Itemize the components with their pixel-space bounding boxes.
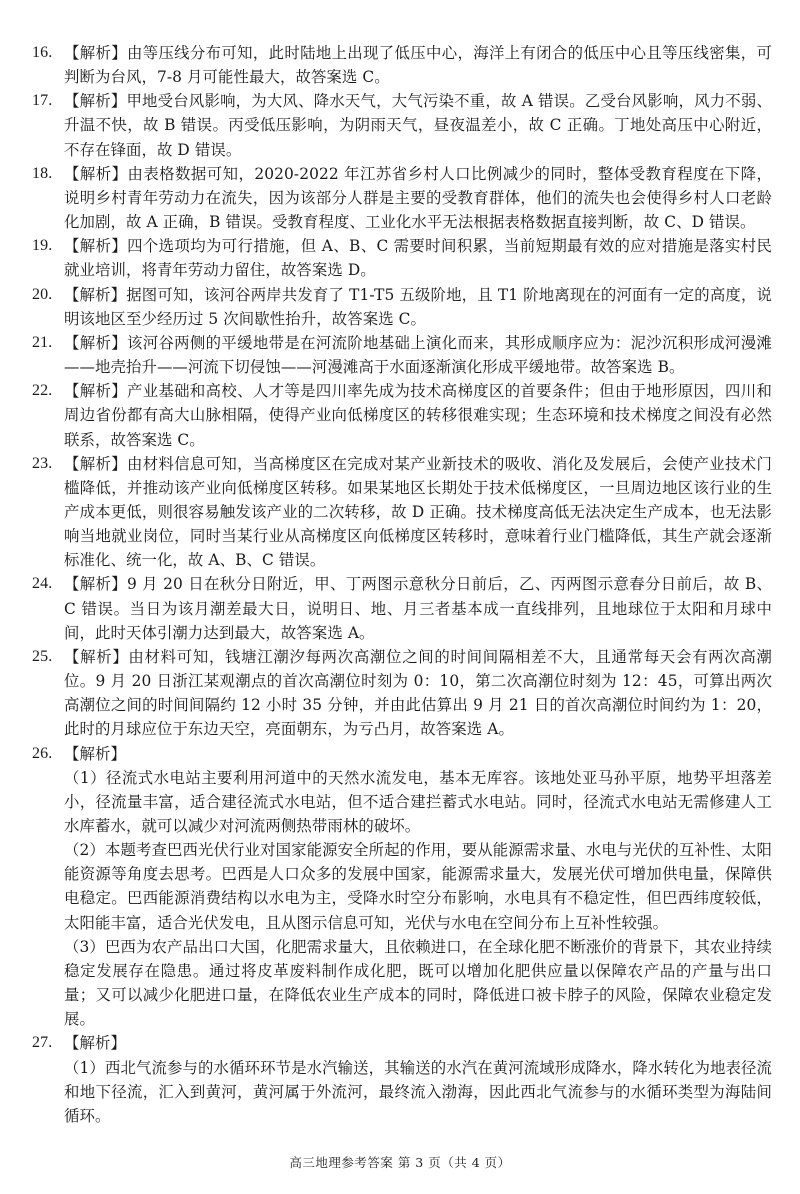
question-number: 23.: [32, 452, 64, 476]
analysis-tag: 【解析】: [64, 575, 127, 593]
page-footer: 高三地理参考答案 第 3 页（共 4 页）: [0, 1154, 800, 1172]
question-number: 19.: [32, 234, 64, 258]
answer-24: 24.【解析】9 月 20 日在秋分日附近，甲、丁两图示意秋分日前后，乙、丙两图…: [0, 572, 772, 644]
answer-27-part-1: （1）西北气流参与的水循环环节是水汽输送，其输送的水汽在黄河流域形成降水，降水转…: [64, 1056, 772, 1128]
question-number: 18.: [32, 162, 64, 186]
question-number: 26.: [32, 742, 64, 766]
analysis-tag: 【解析】: [64, 237, 127, 255]
analysis-text: 9 月 20 日在秋分日附近，甲、丁两图示意秋分日前后，乙、丙两图示意春分日前后…: [64, 575, 772, 641]
analysis-tag: 【解析】: [64, 44, 127, 62]
question-number: 20.: [32, 283, 64, 307]
answer-23: 23.【解析】由材料信息可知，当高梯度区在完成对某产业新技术的吸收、消化及发展后…: [0, 452, 772, 573]
question-number: 21.: [32, 331, 64, 355]
answer-26-part-3: （3）巴西为农产品出口大国，化肥需求量大，且依赖进口，在全球化肥不断涨价的背景下…: [64, 935, 772, 1032]
analysis-text: 由等压线分布可知，此时陆地上出现了低压中心，海洋上有闭合的低压中心且等压线密集，…: [64, 44, 772, 86]
answer-19: 19.【解析】四个选项均为可行措施，但 A、B、C 需要时间积累，当前短期最有效…: [0, 234, 772, 282]
answer-20: 20.【解析】据图可知，该河谷两岸共发育了 T1-T5 五级阶地，且 T1 阶地…: [0, 283, 772, 331]
analysis-tag: 【解析】: [64, 334, 127, 352]
analysis-tag: 【解析】: [64, 286, 126, 304]
analysis-tag: 【解析】: [64, 92, 126, 110]
answer-16: 16.【解析】由等压线分布可知，此时陆地上出现了低压中心，海洋上有闭合的低压中心…: [0, 41, 772, 89]
answer-26-part-1: （1）径流式水电站主要利用河道中的天然水流发电，基本无库容。该地处亚马孙平原，地…: [64, 766, 772, 838]
answer-17: 17.【解析】甲地受台风影响，为大风、降水天气，大气污染不重，故 A 错误。乙受…: [0, 89, 772, 161]
analysis-tag: 【解析】: [64, 1034, 126, 1052]
analysis-text: 甲地受台风影响，为大风、降水天气，大气污染不重，故 A 错误。乙受台风影响，风力…: [64, 92, 772, 158]
answer-27: 27.【解析】 （1）西北气流参与的水循环环节是水汽输送，其输送的水汽在黄河流域…: [0, 1031, 772, 1128]
answer-26: 26.【解析】 （1）径流式水电站主要利用河道中的天然水流发电，基本无库容。该地…: [0, 742, 772, 1032]
question-number: 22.: [32, 379, 64, 403]
analysis-text: 由表格数据可知，2020-2022 年江苏省乡村人口比例减少的同时，整体受教育程…: [64, 165, 772, 231]
question-number: 17.: [32, 89, 64, 113]
answer-22: 22.【解析】产业基础和高校、人才等是四川率先成为技术高梯度区的首要条件；但由于…: [0, 379, 772, 451]
analysis-text: 由材料信息可知，当高梯度区在完成对某产业新技术的吸收、消化及发展后，会使产业技术…: [64, 455, 772, 570]
analysis-text: 由材料可知，钱塘江潮汐每两次高潮位之间的时间间隔相差不大，且通常每天会有两次高潮…: [64, 648, 772, 738]
analysis-text: 该河谷两侧的平缓地带是在河流阶地基础上演化而来，其形成顺序应为：泥沙沉积形成河漫…: [64, 334, 772, 376]
analysis-tag: 【解析】: [64, 648, 128, 666]
answer-21: 21.【解析】该河谷两侧的平缓地带是在河流阶地基础上演化而来，其形成顺序应为：泥…: [0, 331, 772, 379]
analysis-tag: 【解析】: [64, 455, 127, 473]
answer-26-part-2: （2）本题考查巴西光伏行业对国家能源安全所起的作用，要从能源需求量、水电与光伏的…: [64, 838, 772, 935]
question-number: 27.: [32, 1031, 64, 1055]
question-number: 16.: [32, 41, 64, 65]
answer-key-page: 16.【解析】由等压线分布可知，此时陆地上出现了低压中心，海洋上有闭合的低压中心…: [0, 41, 800, 1128]
question-number: 25.: [32, 645, 64, 669]
analysis-tag: 【解析】: [64, 165, 127, 183]
answer-18: 18.【解析】由表格数据可知，2020-2022 年江苏省乡村人口比例减少的同时…: [0, 162, 772, 234]
analysis-text: 产业基础和高校、人才等是四川率先成为技术高梯度区的首要条件；但由于地形原因，四川…: [64, 382, 772, 448]
analysis-text: 据图可知，该河谷两岸共发育了 T1-T5 五级阶地，且 T1 阶地离现在的河面有…: [64, 286, 772, 328]
analysis-tag: 【解析】: [64, 745, 126, 763]
analysis-text: 四个选项均为可行措施，但 A、B、C 需要时间积累，当前短期最有效的应对措施是落…: [64, 237, 772, 279]
analysis-tag: 【解析】: [64, 382, 127, 400]
question-number: 24.: [32, 572, 64, 596]
answer-25: 25.【解析】由材料可知，钱塘江潮汐每两次高潮位之间的时间间隔相差不大，且通常每…: [0, 645, 772, 742]
